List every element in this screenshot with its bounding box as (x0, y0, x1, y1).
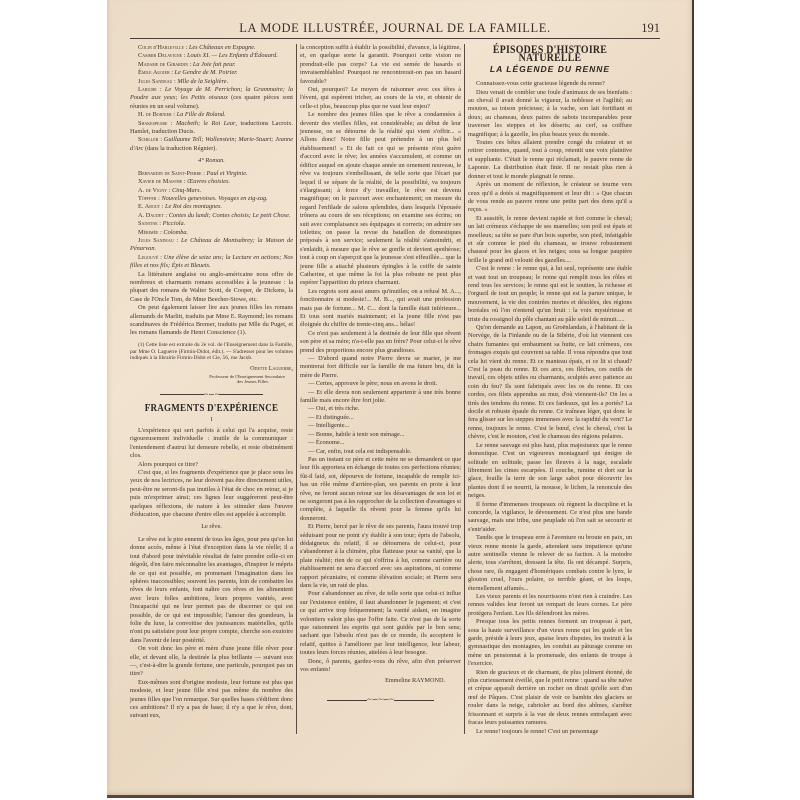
paragraph: Connaissez-vous cette gracieuse légende … (468, 80, 632, 88)
paragraph: Presque tous les petits rennes forment u… (468, 618, 632, 668)
paragraph: L'expérience qui sert parfois à celui qu… (130, 427, 293, 461)
paragraph: — Car, enfin, tout cela est indispensabl… (300, 448, 461, 456)
paragraph: — Et distinguée... (300, 414, 461, 422)
column-3: ÉPISODES D'HISTOIRE NATURELLE LA LÉGENDE… (468, 44, 632, 736)
signature: Odette Laguerre, (130, 365, 293, 373)
paragraph: — Oui, et très riche. (300, 405, 461, 413)
list-item: Shakespeare : Macbeth; le Roi Lear, trad… (130, 120, 293, 137)
list-item: H. de Bornier : La Fille de Roland. (130, 111, 293, 119)
paragraph: la conception suffit à établir la possib… (300, 44, 461, 86)
theatre-list: Colin d'Harleville : Les Châteaux en Esp… (130, 44, 293, 153)
section-title-episodes: ÉPISODES D'HISTOIRE NATURELLE (483, 45, 617, 62)
list-item: E. About : Le Roi des montagnes. (130, 203, 293, 211)
list-item: Émile Augier : Le Gendre de M. Poirier. (130, 69, 293, 77)
paragraph: Il forme d'immenses troupeaux où règnent… (468, 501, 632, 535)
signature: Emmeline RAYMOND. (300, 677, 461, 685)
paragraph: Le nombre des jeunes filles que le rêve … (300, 111, 461, 288)
journal-title: LA MODE ILLUSTRÉE, JOURNAL DE LA FAMILLE… (130, 21, 660, 36)
list-item: Labiche : Le Voyage de M. Perrichon; la … (130, 86, 293, 111)
list-item: Jules Sandeau : Le Château de Montsabrey… (130, 237, 293, 254)
paragraph: Le renne sauvage est plus haut, plus maj… (468, 442, 632, 501)
column-divider (296, 44, 297, 734)
paragraph: Dieu venait de combler une foule d'anima… (468, 89, 632, 139)
paragraph: — D'abord quand notre Pierre devra se ma… (300, 355, 461, 380)
roman-heading: 4° Roman. (130, 157, 293, 165)
roman-list: Bernardin de Saint-Pierre : Paul et Virg… (130, 170, 293, 271)
paragraph: Et Pierre, bercé par le rêve de ses pare… (300, 523, 461, 590)
paragraph: Toutes ces bêtes allaient prendre congé … (468, 139, 632, 181)
ornament-divider: ~∽~ (130, 391, 293, 399)
paragraph: Les vieux parents et les nourrissons n'o… (468, 593, 632, 618)
header-rule (130, 38, 660, 39)
section-title-fragments: FRAGMENTS D'EXPÉRIENCE (145, 404, 279, 412)
list-item: A. de Vigny : Cinq-Mars. (130, 187, 293, 195)
section-number: I (130, 416, 293, 424)
list-item: Legouvé : Une élève de seize ans; la Lec… (130, 254, 293, 271)
list-item: Mérimée : Colomba. (130, 229, 293, 237)
paragraph: — Et elle devra non seulement appartenir… (300, 389, 461, 406)
paragraph: On voit donc les père et mère d'une jeun… (130, 645, 293, 679)
page-number: 191 (641, 21, 660, 36)
list-item: Casimir Delavigne : Louis XI. — Les Enfa… (130, 52, 293, 60)
newspaper-page: LA MODE ILLUSTRÉE, JOURNAL DE LA FAMILLE… (107, 0, 694, 798)
paragraph: — Intelligente... (300, 422, 461, 430)
list-item: Xavier de Maistre : Œuvres choisies. (130, 178, 293, 186)
signature-title-2: des Jeunes Filles. (130, 379, 293, 385)
list-item: Madame de Girardin : La Joie fait peur. (130, 61, 293, 69)
paragraph: La littérature anglaise ou anglo-américa… (130, 271, 293, 305)
paragraph: On peut également laisser lire aux jeune… (130, 304, 293, 338)
paragraph: Donc, ô parents, gardez-vous du rêve, af… (300, 658, 461, 675)
column-2: la conception suffit à établir la possib… (300, 44, 461, 709)
list-item: A. Daudet : Contes du lundi; Contes choi… (130, 212, 293, 220)
page-header: LA MODE ILLUSTRÉE, JOURNAL DE LA FAMILLE… (130, 19, 660, 35)
paragraph: — Bonne, habile à tenir son ménage... (300, 431, 461, 439)
footnote: (1) Cette liste est extraite du 2e vol. … (130, 342, 293, 362)
ornament-divider: ~∽~∽~ (300, 696, 461, 704)
paragraph: Oui, pourquoi? Le moyen de raisonner ave… (300, 86, 461, 111)
list-item: Saintine : Picciola. (130, 220, 293, 228)
paragraph: Tandis que le troupeau erre à l'aventure… (468, 534, 632, 593)
list-item: Schiller : Guillaume Tell; Wallenstein; … (130, 136, 293, 153)
paragraph: Pas un instant ce père et cette mère ne … (300, 456, 461, 523)
paragraph: Alors pourquoi ce titre? (130, 461, 293, 469)
paragraph: — Certes, approuve le père; nous en avon… (300, 380, 461, 388)
paragraph: Le rêve est le pire ennemi de tous les â… (130, 536, 293, 645)
article-subtitle: LA LÉGENDE DU RENNE (468, 65, 632, 73)
list-item: Jules Sandeau : Mlle de la Seiglière. (130, 78, 293, 86)
paragraph: Après un moment de réflexion, le créateu… (468, 181, 632, 215)
paragraph: C'est le renne : le renne qui, à lui seu… (468, 265, 632, 324)
paragraph: — Économe... (300, 439, 461, 447)
paragraph: Et aussitôt, le renne devient rapide et … (468, 215, 632, 265)
paragraph: Eux-mêmes sont d'origine modeste, leur f… (130, 679, 293, 721)
paragraph: Ce n'est pas seulement à la destinée de … (300, 330, 461, 355)
list-item: Töpffer : Nouvelles genevoises. Voyages … (130, 195, 293, 203)
paragraph: Rien de gracieux et de charmant, de plus… (468, 669, 632, 728)
column-1: Colin d'Harleville : Les Châteaux en Esp… (130, 44, 293, 721)
paragraph: Qu'on demande au Lapon, au Groënlandais,… (468, 324, 632, 442)
paragraph: Le renne! toujours le renne! C'est un pe… (468, 728, 632, 736)
subheading-reve: Le rêve. (130, 523, 293, 531)
column-divider (464, 44, 465, 734)
paragraph: Les regrets sont aussi amers qu'inutiles… (300, 288, 461, 330)
paragraph: Pour s'abandonner au rêve, de telle sort… (300, 590, 461, 657)
list-item: Bernardin de Saint-Pierre : Paul et Virg… (130, 170, 293, 178)
paragraph: C'est que, si les fragments d'expérience… (130, 469, 293, 519)
